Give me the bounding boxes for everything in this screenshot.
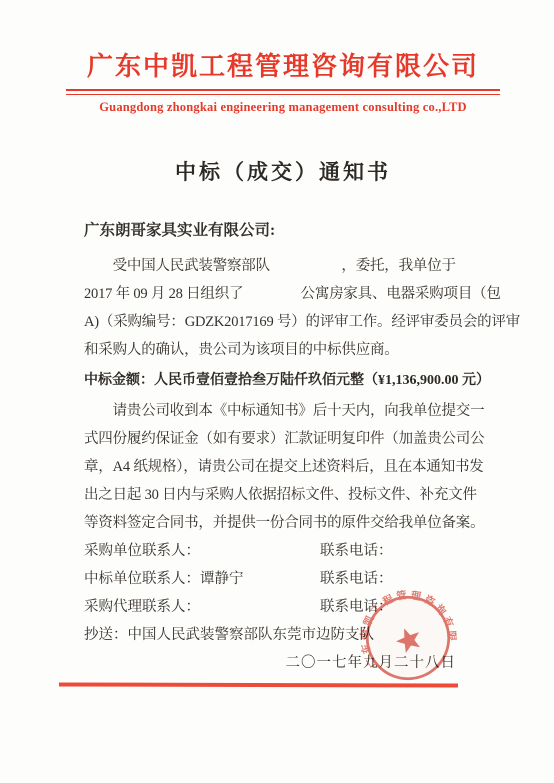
contact-name: 谭静宁 (200, 571, 244, 587)
contact-label: 中标单位联系人：谭静宁 (84, 565, 320, 593)
contact-label: 采购代理联系人： (84, 593, 320, 621)
contact-phone-label: 联系电话： (320, 537, 393, 565)
body-line: 受中国人民武装警察部队 ，委托，我单位于 (84, 252, 482, 280)
letterhead-divider (66, 89, 500, 95)
document-page: 广东中凯工程管理咨询有限公司 Guangdong zhongkai engine… (0, 0, 554, 783)
contact-row-purchaser: 采购单位联系人： 联系电话： (84, 537, 482, 565)
contact-label-text: 采购单位联系人： (84, 543, 200, 559)
addressee-line: 广东朗哥家具实业有限公司: (84, 217, 482, 245)
document-title: 中标（成交）通知书 (84, 156, 482, 186)
paragraph-instructions: 请贵公司收到本《中标通知书》后十天内，向我单位提交一 式四份履约保证金（如有要求… (84, 397, 482, 537)
contact-label-text: 中标单位联系人： (84, 571, 200, 587)
contact-phone-label: 联系电话： (320, 565, 393, 593)
award-amount-line: 中标金额：人民币壹佰壹拾叁万陆仟玖佰元整（¥1,136,900.00 元） (84, 367, 482, 395)
body-line: 等资料签定合同书，并提供一份合同书的原件交给我单位备案。 (84, 509, 482, 537)
body-line: A)（采购编号：GDZK2017169 号）的评审工作。经评审委员会的评审 (84, 308, 482, 336)
paragraph-entrustment: 受中国人民武装警察部队 ，委托，我单位于 2017 年 09 月 28 日组织了… (84, 252, 482, 364)
body-line: 章，A4 纸规格），请贵公司在提交上述资料后，且在本通知书发 (84, 453, 482, 481)
body-line: 和采购人的确认，贵公司为该项目的中标供应商。 (84, 336, 482, 364)
body-line: 式四份履约保证金（如有要求）汇款证明复印件（加盖贵公司公 (84, 425, 482, 453)
body-line: 2017 年 09 月 28 日组织了 公寓房家具、电器采购项目（包 (84, 280, 482, 308)
contact-label: 采购单位联系人： (84, 537, 320, 565)
letterhead-company-name-cn: 广东中凯工程管理咨询有限公司 (66, 46, 500, 83)
body-line: 出之日起 30 日内与采购人依据招标文件、投标文件、补充文件 (84, 481, 482, 509)
body-line: 请贵公司收到本《中标通知书》后十天内，向我单位提交一 (84, 397, 482, 425)
document-content: 广东中凯工程管理咨询有限公司 Guangdong zhongkai engine… (0, 0, 554, 677)
footer-rule (59, 682, 458, 687)
contact-label-text: 采购代理联系人： (84, 599, 200, 615)
letterhead-company-name-en: Guangdong zhongkai engineering managemen… (66, 100, 500, 115)
